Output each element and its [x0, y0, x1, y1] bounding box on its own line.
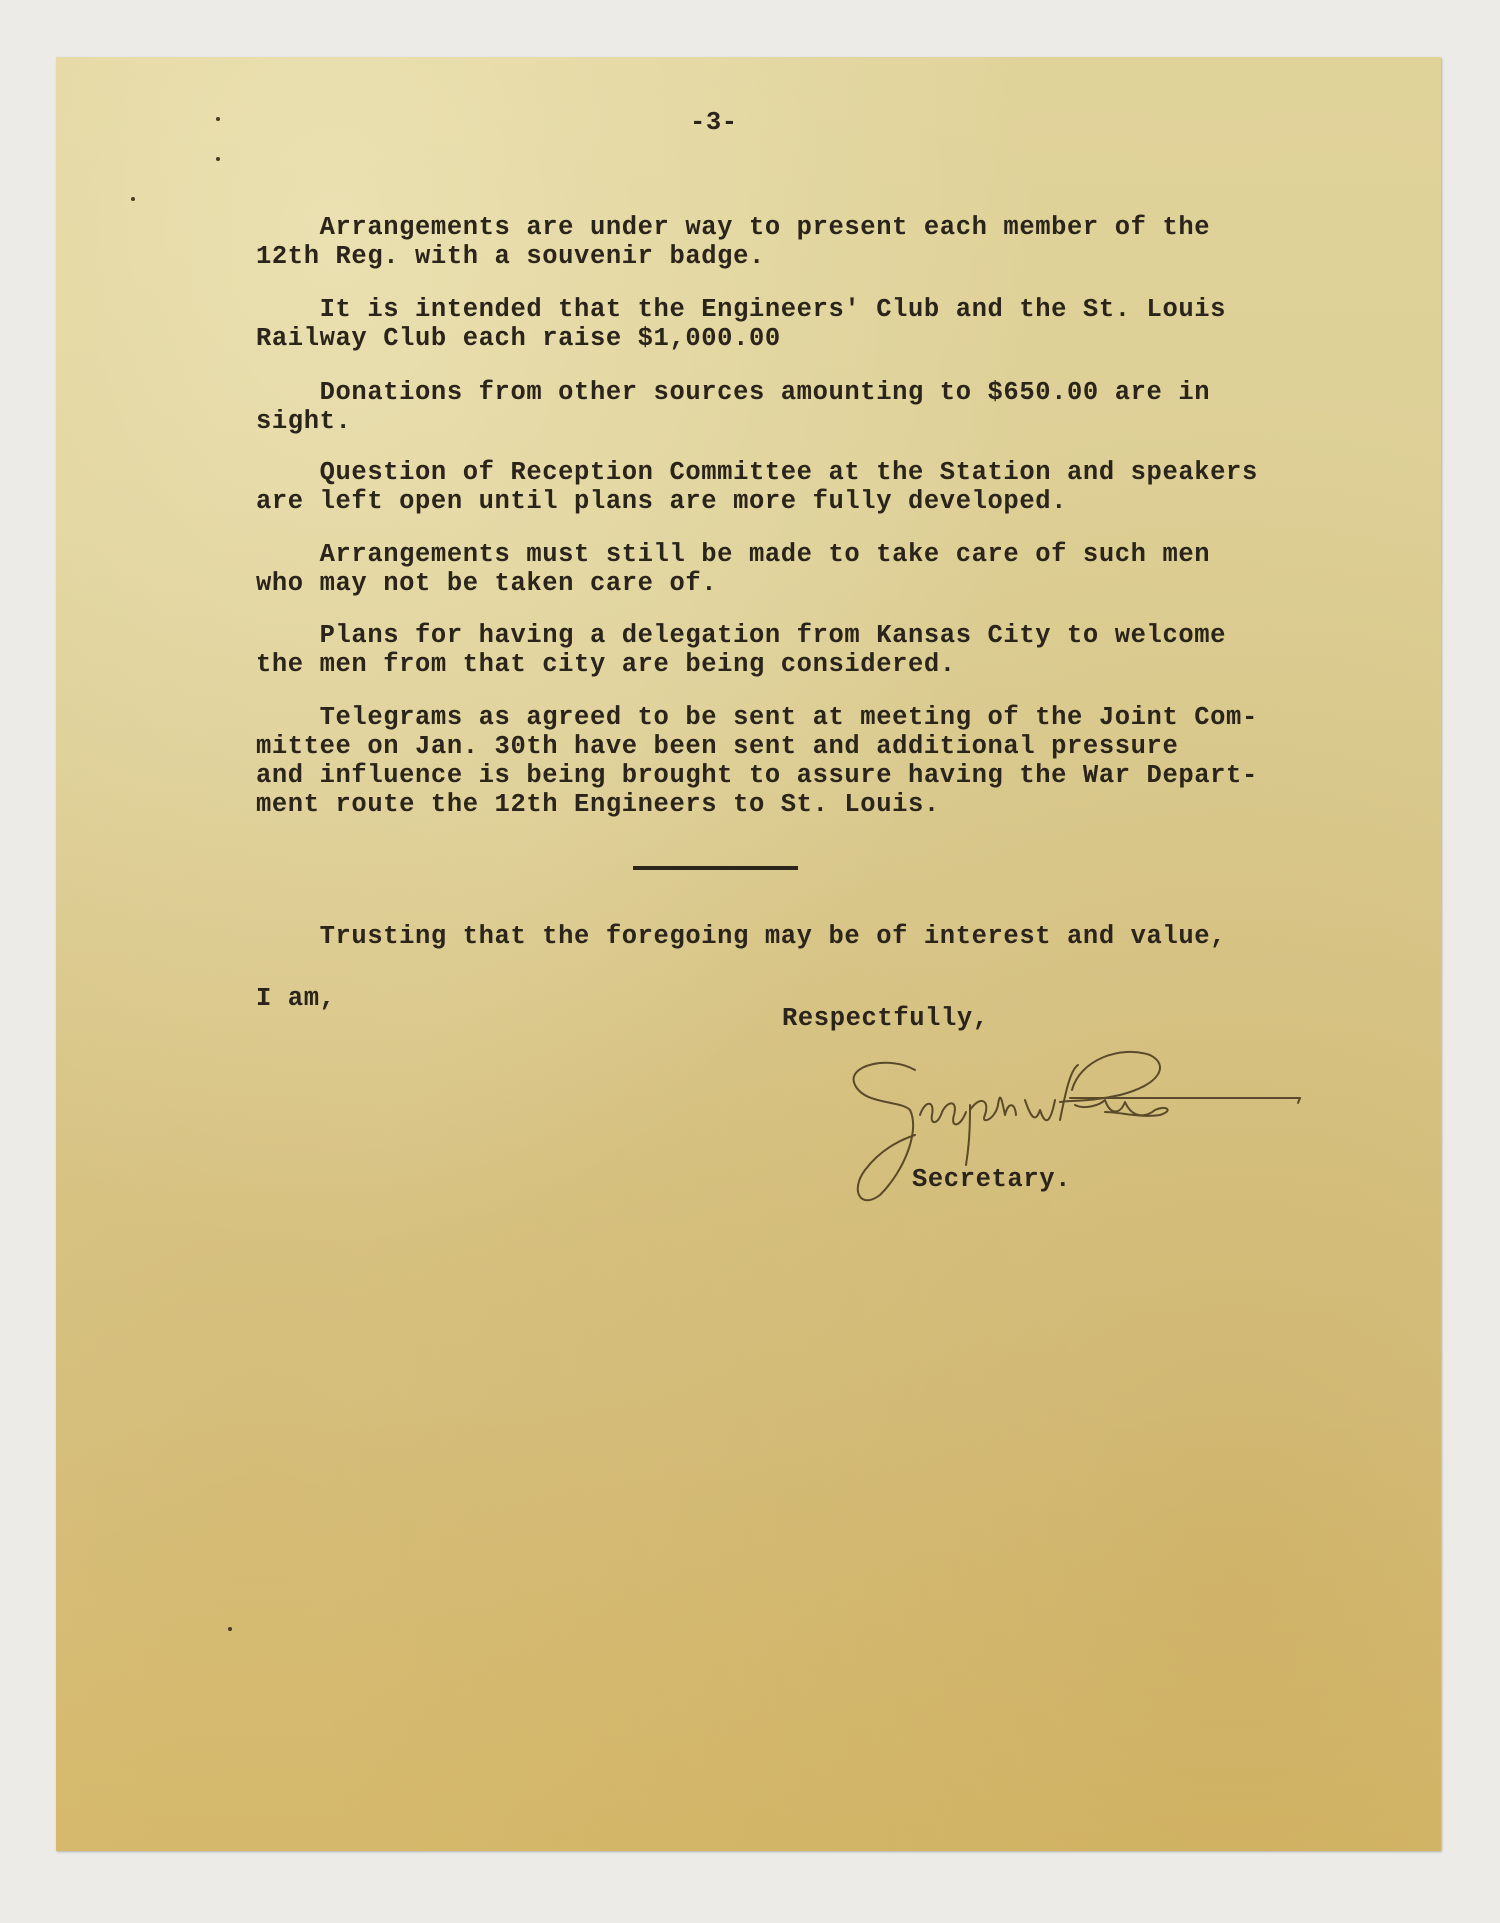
paper-speck: [228, 1627, 232, 1631]
text-line: Telegrams as agreed to be sent at meetin…: [256, 703, 1258, 732]
text-line: Arrangements are under way to present ea…: [256, 213, 1210, 242]
paper-puncture-mark: [131, 197, 135, 201]
text-line: mittee on Jan. 30th have been sent and a…: [256, 732, 1258, 761]
text-line: who may not be taken care of.: [256, 569, 1210, 598]
signer-title: Secretary.: [912, 1165, 1071, 1194]
page-number: -3-: [690, 108, 738, 137]
closing-line: Trusting that the foregoing may be of in…: [256, 922, 1226, 951]
paragraph-care-arrangements: Arrangements must still be made to take …: [256, 540, 1210, 598]
text-line: Arrangements must still be made to take …: [256, 540, 1210, 569]
text-line: the men from that city are being conside…: [256, 650, 1226, 679]
paragraph-donations: Donations from other sources amounting t…: [256, 378, 1210, 436]
text-line: 12th Reg. with a souvenir badge.: [256, 242, 1210, 271]
text-line: It is intended that the Engineers' Club …: [256, 295, 1226, 324]
text-line: sight.: [256, 407, 1210, 436]
i-am-line: I am,: [256, 984, 336, 1013]
valediction: Respectfully,: [782, 1004, 989, 1033]
text-line: and influence is being brought to assure…: [256, 761, 1258, 790]
handwritten-signature: [820, 1040, 1340, 1220]
paragraph-telegrams: Telegrams as agreed to be sent at meetin…: [256, 703, 1258, 819]
paper-puncture-mark: [216, 157, 220, 161]
text-line: Question of Reception Committee at the S…: [256, 458, 1258, 487]
text-line: ment route the 12th Engineers to St. Lou…: [256, 790, 1258, 819]
text-line: Railway Club each raise $1,000.00: [256, 324, 1226, 353]
paper-puncture-mark: [216, 117, 220, 121]
text-line: Plans for having a delegation from Kansa…: [256, 621, 1226, 650]
text-line: Donations from other sources amounting t…: [256, 378, 1210, 407]
paragraph-club-fundraising: It is intended that the Engineers' Club …: [256, 295, 1226, 353]
text-line: are left open until plans are more fully…: [256, 487, 1258, 516]
paragraph-kansas-city-delegation: Plans for having a delegation from Kansa…: [256, 621, 1226, 679]
paragraph-reception-committee: Question of Reception Committee at the S…: [256, 458, 1258, 516]
paragraph-souvenir-badge: Arrangements are under way to present ea…: [256, 213, 1210, 271]
section-divider: [633, 866, 798, 870]
